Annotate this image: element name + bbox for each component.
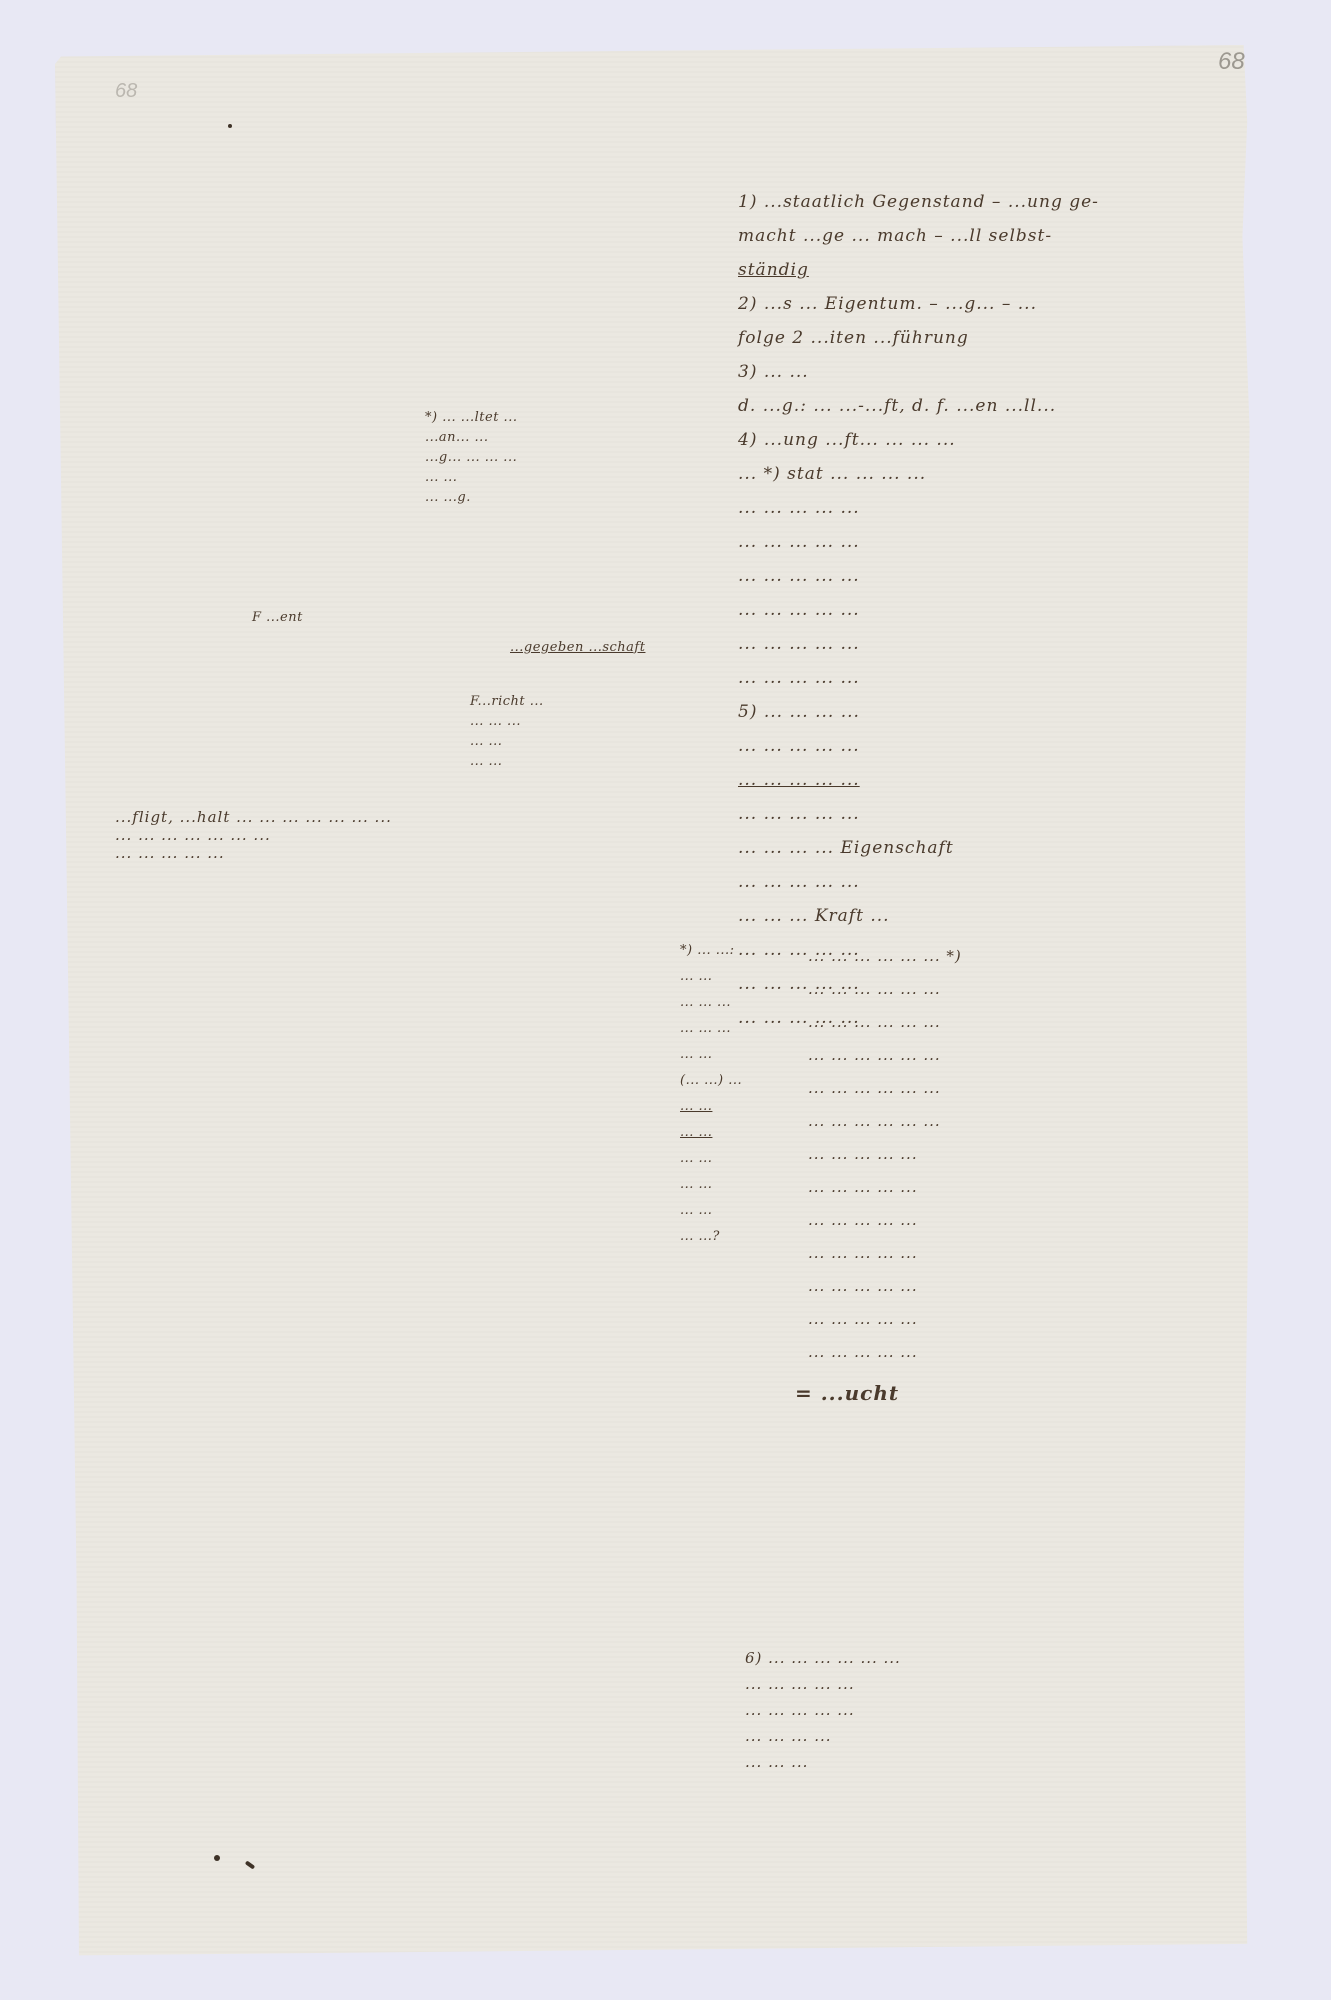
text-line: ... ... ... [680, 990, 742, 1016]
text-line: ... ... ... ... ... [808, 1171, 962, 1204]
text-line: ... ... [425, 468, 517, 488]
text-line: ... ... ... [470, 712, 544, 732]
text-line: 1) ...staatlich Gegenstand – ...ung ge- [738, 185, 1099, 219]
text-line: ... ... ... ... Eigenschaft [738, 831, 1099, 865]
text-line: ... ... ... ... ... ... [808, 1072, 962, 1105]
text-line: 2) ...s ... Eigentum. – ...g... – ... [738, 287, 1099, 321]
text-line: ... ... ... ... [745, 1723, 901, 1749]
text-line: ... ... ... ... ... ... *) [808, 940, 962, 973]
text-line: ... ... ... ... ... ... [808, 973, 962, 1006]
text-line: ... ... ... ... ... [115, 844, 392, 862]
footnote-lower-left: *) ... ...: ... ... ... ... ... ... ... … [680, 938, 742, 1250]
text-line: ... ... ... ... ... [745, 1697, 901, 1723]
text-line: F...richt ... [470, 692, 544, 712]
text-line: ... ... ... ... ... [808, 1204, 962, 1237]
text-line: ... ... ... ... ... [738, 763, 1099, 797]
text-line: ... ... ... ... ... ... [808, 1006, 962, 1039]
text-line: ... ...? [680, 1224, 742, 1250]
ink-spot [214, 1855, 220, 1861]
text-line: ...fligt, ...halt ... ... ... ... ... ..… [115, 808, 392, 826]
text-line: ... ... ... ... ... [738, 865, 1099, 899]
ink-spot [228, 124, 232, 128]
text-line: ... ... ... ... ... ... [808, 1105, 962, 1138]
text-line: ... ... [470, 752, 544, 772]
text-line: ... ... ... ... ... [808, 1237, 962, 1270]
text-line: ... ... [680, 1042, 742, 1068]
text-line: 4) ...ung ...ft... ... ... ... [738, 423, 1099, 457]
closing-word: = ...ucht [795, 1376, 899, 1410]
text-line: macht ...ge ... mach – ...ll selbst- [738, 219, 1099, 253]
page-number-right: 68 [1218, 48, 1245, 76]
text-line: ... ... [680, 1198, 742, 1224]
text-line: ... ... ... ... ... [808, 1138, 962, 1171]
text-line: folge 2 ...iten ...führung [738, 321, 1099, 355]
text-line: ... ... ... [680, 1016, 742, 1042]
text-line: ... ... ... [745, 1749, 901, 1775]
text-line: ... ...g. [425, 488, 517, 508]
left-long-note: ...fligt, ...halt ... ... ... ... ... ..… [115, 808, 392, 862]
text-line: ... ... ... ... ... [745, 1671, 901, 1697]
text-line: ... ... [680, 964, 742, 990]
text-line: ...g... ... ... ... [425, 448, 517, 468]
text-line: ... *) stat ... ... ... ... [738, 457, 1099, 491]
text-line: ... ... ... ... ... [808, 1336, 962, 1369]
text-line: (... ...) ... [680, 1068, 742, 1094]
text-line: ... ... [680, 1120, 742, 1146]
text-line: ... ... ... ... ... [738, 593, 1099, 627]
text-line: ... ... [680, 1146, 742, 1172]
lower-column-text: ... ... ... ... ... ... *) ... ... ... .… [808, 940, 962, 1369]
text-line: ... ... ... ... ... [738, 661, 1099, 695]
text-line: ständig [738, 253, 1099, 287]
text-line: ... ... ... ... ... [738, 559, 1099, 593]
text-line: 3) ... ... [738, 355, 1099, 389]
footnote-top-left: *) ... ...ltet ... ...an... ... ...g... … [425, 408, 517, 508]
text-line: ... ... ... ... ... [808, 1303, 962, 1336]
text-line: ... ... [680, 1172, 742, 1198]
text-line: d. ...g.: ... ...-...ft, d. f. ...en ...… [738, 389, 1099, 423]
text-line: *) ... ...: [680, 938, 742, 964]
page-number-left: 68 [115, 80, 137, 103]
text-line: ... ... ... ... ... [808, 1270, 962, 1303]
text-line: 6) ... ... ... ... ... ... [745, 1645, 901, 1671]
text-line: ... ... ... ... ... [738, 627, 1099, 661]
text-line: ... ... ... Kraft ... [738, 899, 1099, 933]
middle-note-heading: ...gegeben ...schaft [510, 638, 645, 658]
text-line: *) ... ...ltet ... [425, 408, 517, 428]
text-line: ... ... ... ... ... [738, 797, 1099, 831]
text-line: ...gegeben ...schaft [510, 638, 645, 658]
margin-word: F ...ent [252, 608, 303, 628]
text-line: ... ... ... ... ... [738, 729, 1099, 763]
middle-note: F...richt ... ... ... ... ... ... ... ..… [470, 692, 544, 772]
bottom-note: 6) ... ... ... ... ... ... ... ... ... .… [745, 1645, 901, 1775]
text-line: ... ... [470, 732, 544, 752]
text-line: ... ... ... ... ... [738, 491, 1099, 525]
text-line: 5) ... ... ... ... [738, 695, 1099, 729]
text-line: ... ... ... ... ... ... [808, 1039, 962, 1072]
text-line: ...an... ... [425, 428, 517, 448]
text-line: ... ... ... ... ... [738, 525, 1099, 559]
text-line: ... ... [680, 1094, 742, 1120]
main-column-text: 1) ...staatlich Gegenstand – ...ung ge- … [738, 185, 1099, 1035]
text-line: ... ... ... ... ... ... ... [115, 826, 392, 844]
